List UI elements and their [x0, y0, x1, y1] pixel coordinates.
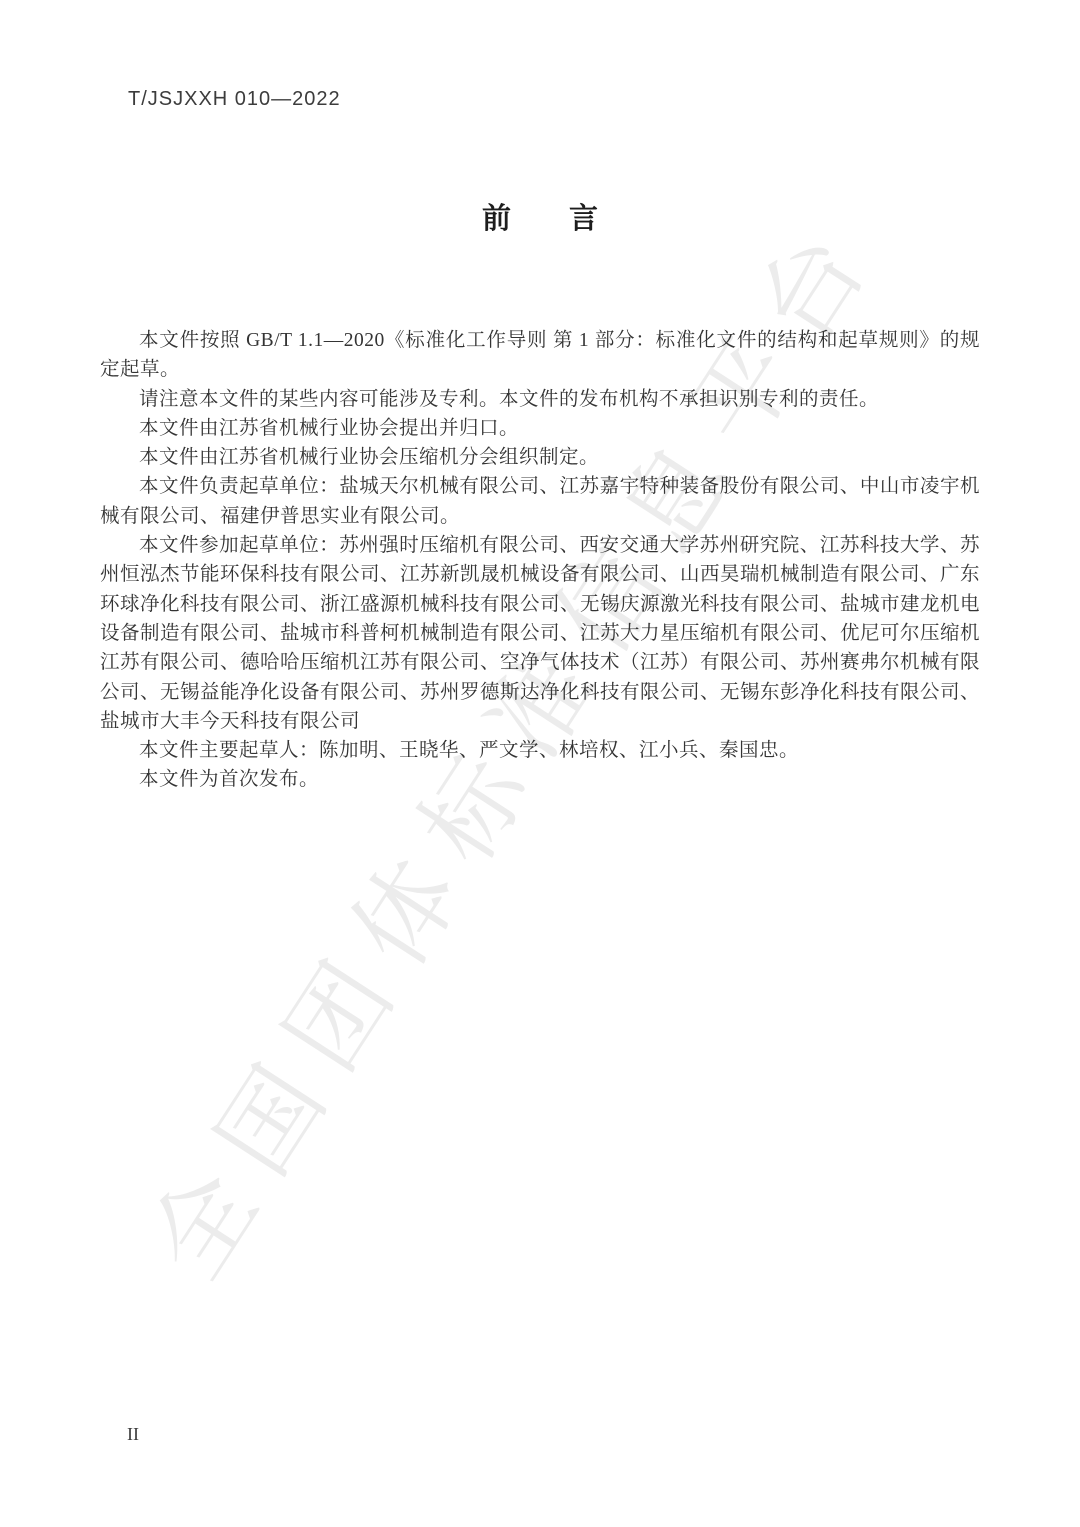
page-number: II: [127, 1424, 139, 1445]
paragraph-patent-notice: 请注意本文件的某些内容可能涉及专利。本文件的发布机构不承担识别专利的责任。: [100, 385, 980, 414]
foreword-title: 前 言: [0, 196, 1080, 237]
paragraph-organized-by: 本文件由江苏省机械行业协会压缩机分会组织制定。: [100, 443, 980, 472]
document-page: 全国团体标准信息平台 T/JSJXXH 010—2022 前 言 本文件按照 G…: [0, 0, 1080, 1527]
standard-number: T/JSJXXH 010—2022: [128, 88, 341, 111]
paragraph-participating-drafting-units: 本文件参加起草单位：苏州强时压缩机有限公司、西安交通大学苏州研究院、江苏科技大学…: [100, 531, 980, 736]
paragraph-proposed-by: 本文件由江苏省机械行业协会提出并归口。: [100, 414, 980, 443]
foreword-body: 本文件按照 GB/T 1.1—2020《标准化工作导则 第 1 部分：标准化文件…: [100, 326, 980, 795]
paragraph-main-drafters: 本文件主要起草人：陈加明、王晓华、严文学、林培权、江小兵、秦国忠。: [100, 736, 980, 765]
paragraph-drafting-rules: 本文件按照 GB/T 1.1—2020《标准化工作导则 第 1 部分：标准化文件…: [100, 326, 980, 385]
paragraph-responsible-drafting-units: 本文件负责起草单位：盐城天尔机械有限公司、江苏嘉宇特种装备股份有限公司、中山市凌…: [100, 472, 980, 531]
paragraph-first-release: 本文件为首次发布。: [100, 765, 980, 794]
